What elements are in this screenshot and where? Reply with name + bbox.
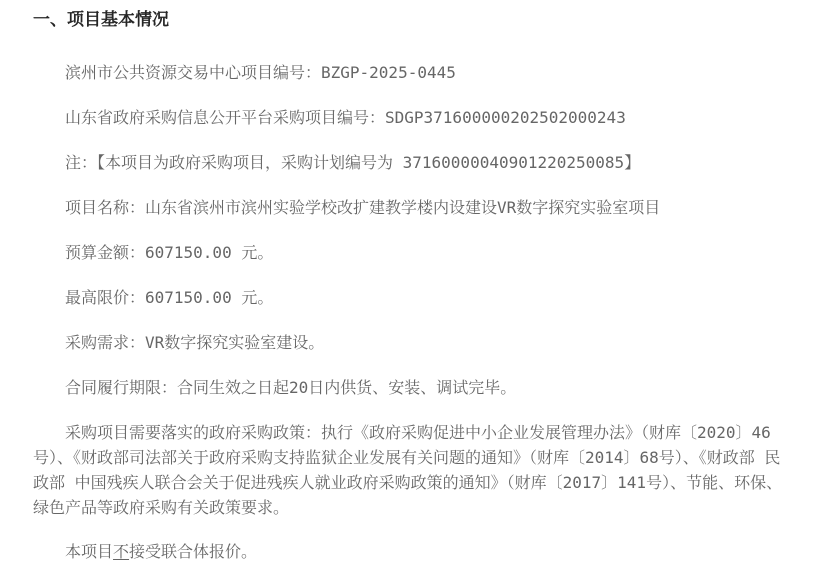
paragraph-bzgp-project-number: 滨州市公共资源交易中心项目编号：BZGP-2025-0445: [33, 60, 795, 86]
paragraph-joint-bid-statement: 本项目不接受联合体报价。: [33, 539, 795, 565]
paragraph-sdgp-project-number: 山东省政府采购信息公开平台采购项目编号：SDGP3716000002025020…: [33, 105, 795, 131]
section-heading-basic-info: 一、项目基本情况: [33, 10, 795, 30]
paragraph-procurement-plan-note: 注：【本项目为政府采购项目，采购计划编号为 371600000409012202…: [33, 150, 795, 176]
paragraph-contract-period: 合同履行期限：合同生效之日起20日内供货、安装、调试完毕。: [33, 375, 795, 401]
paragraph-project-name: 项目名称：山东省滨州市滨州实验学校改扩建教学楼内设建设VR数字探究实验室项目: [33, 195, 795, 221]
paragraph-procurement-requirement: 采购需求：VR数字探究实验室建设。: [33, 330, 795, 356]
joint-bid-suffix: 接受联合体报价。: [129, 542, 257, 561]
paragraph-max-price: 最高限价：607150.00 元。: [33, 285, 795, 311]
joint-bid-prefix: 本项目: [65, 542, 113, 561]
joint-bid-emphasized-not: 不: [113, 542, 129, 561]
procurement-notice-document: 一、项目基本情况 滨州市公共资源交易中心项目编号：BZGP-2025-0445 …: [0, 0, 823, 572]
paragraph-procurement-policies: 采购项目需要落实的政府采购政策：执行《政府采购促进中小企业发展管理办法》（财库〔…: [33, 420, 795, 520]
paragraph-budget-amount: 预算金额：607150.00 元。: [33, 240, 795, 266]
